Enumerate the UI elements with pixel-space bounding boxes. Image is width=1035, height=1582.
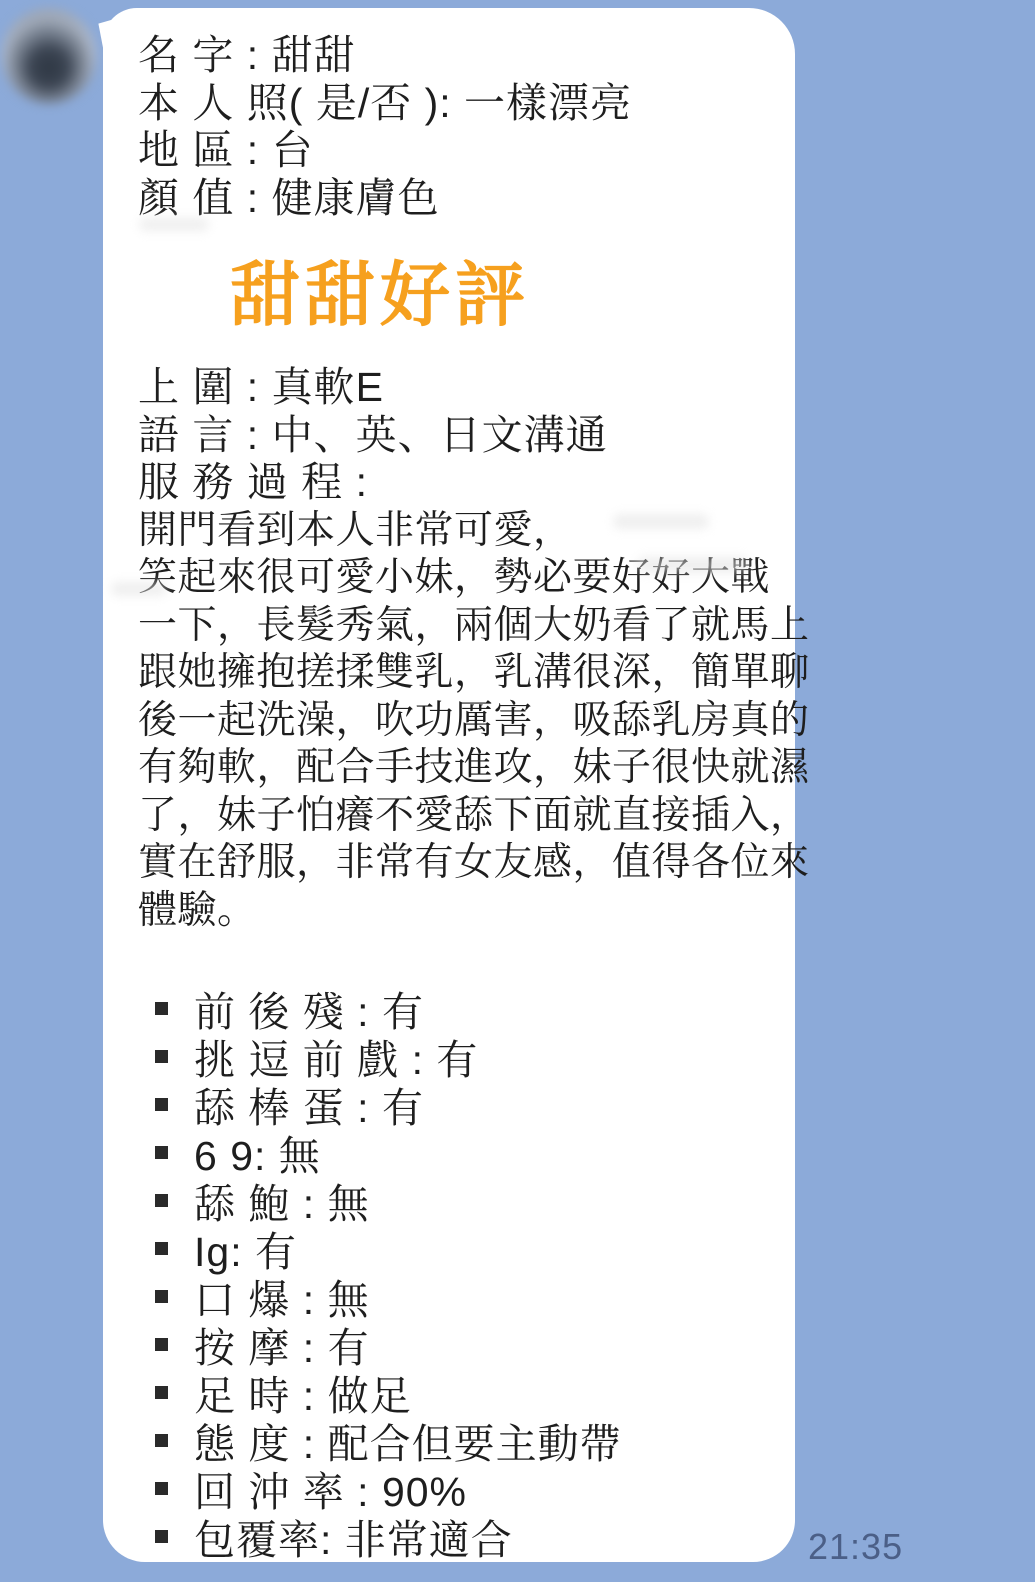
profile-section: 名 字 : 甜甜 本 人 照( 是/否 ): 一樣漂亮 地 區 : 台 顏 值 … (138, 32, 779, 222)
checklist-item: 舔 棒 蛋 : 有 (138, 1080, 779, 1128)
erased-text-smudge (139, 218, 209, 231)
bullet-square-icon (155, 1194, 168, 1207)
checklist-item: 回 沖 率 : 90% (138, 1464, 779, 1512)
bullet-square-icon (155, 1434, 168, 1447)
review-line: 實在舒服，非常有女友感，值得各位來 (138, 839, 779, 887)
checklist-item: 態 度 : 配合但要主動帶 (138, 1416, 779, 1464)
checklist-item: 前 後 殘 : 有 (138, 984, 779, 1032)
stats-section: 上 圍 : 真軟E 語 言 : 中、英、日文溝通 服 務 過 程 : (138, 364, 779, 507)
profile-line-region: 地 區 : 台 (138, 127, 779, 175)
erased-text-smudge (613, 514, 709, 529)
service-checklist: 前 後 殘 : 有 挑 逗 前 戲 : 有 舔 棒 蛋 : 有 6 9: 無 舔… (138, 984, 779, 1560)
bullet-square-icon (155, 1098, 168, 1111)
bullet-square-icon (155, 1242, 168, 1255)
stats-line-process: 服 務 過 程 : (138, 459, 779, 507)
erased-text-smudge (111, 582, 167, 596)
review-line: 了，妹子怕癢不愛舔下面就直接插入， (138, 792, 779, 840)
profile-line-photo: 本 人 照( 是/否 ): 一樣漂亮 (138, 80, 779, 128)
checklist-item: 6 9: 無 (138, 1128, 779, 1176)
checklist-item: 包覆率: 非常適合 (138, 1512, 779, 1560)
bullet-square-icon (155, 1482, 168, 1495)
checklist-item: 按 摩 : 有 (138, 1320, 779, 1368)
review-line: 跟她擁抱搓揉雙乳，乳溝很深，簡單聊 (138, 649, 779, 697)
erased-text-smudge (637, 557, 749, 573)
message-timestamp: 21:35 (808, 1526, 903, 1568)
bullet-square-icon (155, 1002, 168, 1015)
profile-line-name: 名 字 : 甜甜 (138, 32, 779, 80)
bullet-square-icon (155, 1146, 168, 1159)
bullet-square-icon (155, 1386, 168, 1399)
checklist-item: 足 時 : 做足 (138, 1368, 779, 1416)
bullet-square-icon (155, 1338, 168, 1351)
review-line: 體驗。 (138, 887, 779, 935)
checklist-item: Ig: 有 (138, 1224, 779, 1272)
bullet-square-icon (155, 1530, 168, 1543)
stats-line-language: 語 言 : 中、英、日文溝通 (138, 412, 779, 460)
bullet-square-icon (155, 1290, 168, 1303)
review-line: 一下，長髮秀氣，兩個大奶看了就馬上 (138, 602, 779, 650)
checklist-item: 舔 鮑 : 無 (138, 1176, 779, 1224)
stats-line-cup: 上 圍 : 真軟E (138, 364, 779, 412)
checklist-item: 挑 逗 前 戲 : 有 (138, 1032, 779, 1080)
chat-screen: 名 字 : 甜甜 本 人 照( 是/否 ): 一樣漂亮 地 區 : 台 顏 值 … (0, 0, 1035, 1582)
review-line: 後一起洗澡，吹功厲害，吸舔乳房真的 (138, 697, 779, 745)
message-bubble: 名 字 : 甜甜 本 人 照( 是/否 ): 一樣漂亮 地 區 : 台 顏 值 … (103, 8, 795, 1562)
review-title: 甜甜好評 (230, 256, 779, 334)
review-line: 有夠軟，配合手技進攻，妹子很快就濕 (138, 744, 779, 792)
profile-line-looks: 顏 值 : 健康膚色 (138, 175, 779, 223)
bullet-square-icon (155, 1050, 168, 1063)
checklist-item: 口 爆 : 無 (138, 1272, 779, 1320)
sender-avatar[interactable] (1, 8, 97, 104)
